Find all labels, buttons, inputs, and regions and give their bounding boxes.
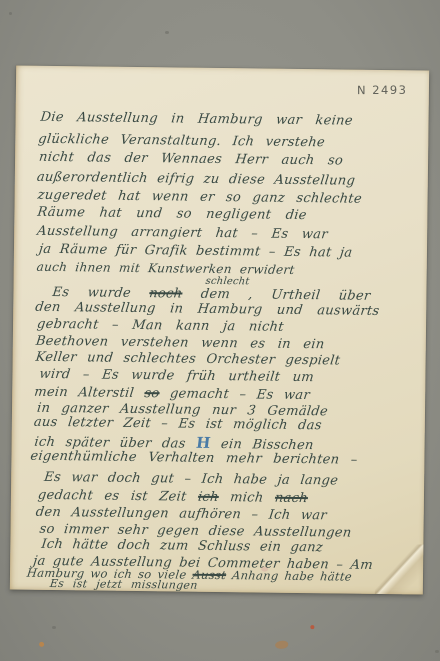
handwriting-line: zugeredet hat wenn er so ganz schlechte bbox=[37, 188, 363, 207]
line-segment: Anhang habe hätte bbox=[225, 568, 352, 584]
foxing-stain bbox=[39, 642, 44, 647]
handwriting-line: gedacht es ist Zeit ich mich nach bbox=[37, 488, 309, 506]
line-segment: mich bbox=[218, 490, 276, 506]
handwriting-line: Räume hat und so negligent die bbox=[37, 205, 308, 223]
line-segment: Es wurde bbox=[52, 285, 151, 301]
handwriting-line: den Ausstellung in Hamburg und auswärts bbox=[34, 300, 380, 319]
handwriting-line: Es ist jetzt misslungen bbox=[49, 577, 198, 592]
background-speck bbox=[52, 626, 56, 629]
handwriting-line: nicht das der Wennaes Herr auch so bbox=[38, 150, 344, 169]
line-segment: mein Alterstil bbox=[33, 385, 145, 401]
foxing-stain bbox=[310, 625, 314, 629]
letter-sheet: N 2493 Die Ausstellung in Hamburg war ke… bbox=[10, 65, 429, 594]
interlinear-insertion: schlecht bbox=[205, 276, 250, 288]
handwriting-line: Ausstellung arrangiert hat – Es war bbox=[36, 224, 328, 243]
handwriting-line: Die Ausstellung in Hamburg war keine bbox=[40, 110, 354, 129]
handwriting-line: Keller und schlechtes Orchester gespielt bbox=[35, 350, 341, 369]
archive-number-pencil: N 2493 bbox=[357, 83, 408, 97]
handwriting-line: glückliche Veranstaltung. Ich verstehe bbox=[37, 132, 325, 150]
handwriting-line: außerordentlich eifrig zu diese Ausstell… bbox=[36, 170, 356, 189]
struck-word: nach bbox=[274, 491, 309, 506]
handwriting-line: wird – Es wurde früh urtheilt um bbox=[39, 367, 315, 385]
foxing-stain bbox=[261, 567, 268, 572]
handwriting-line: auch ihnen mit Kunstwerken erwidert bbox=[36, 260, 296, 277]
handwriting-line: Es war doch gut – Ich habe ja lange bbox=[43, 470, 339, 489]
background-speck bbox=[9, 12, 12, 15]
struck-word: ich bbox=[197, 490, 219, 505]
background-speck bbox=[165, 31, 169, 34]
line-segment: gedacht es ist Zeit bbox=[37, 488, 199, 505]
handwriting-line: gebracht – Man kann ja nicht bbox=[36, 317, 284, 335]
struck-word: noch bbox=[148, 286, 183, 301]
handwriting-line: eigenthümliche Verhalten mehr berichten … bbox=[30, 449, 359, 468]
background-speck bbox=[435, 650, 439, 653]
handwriting-line: Ich hätte doch zum Schluss ein ganz bbox=[40, 537, 323, 555]
corner-fold-crease bbox=[375, 544, 424, 595]
handwriting-line: aus letzter Zeit – Es ist möglich das bbox=[33, 415, 323, 433]
handwriting-line: den Ausstellungen aufhören – Ich war bbox=[35, 505, 328, 524]
handwriting-line: ja Räume für Grafik bestimmt – Es hat ja bbox=[38, 242, 353, 261]
line-segment: gemacht – Es war bbox=[159, 386, 311, 403]
